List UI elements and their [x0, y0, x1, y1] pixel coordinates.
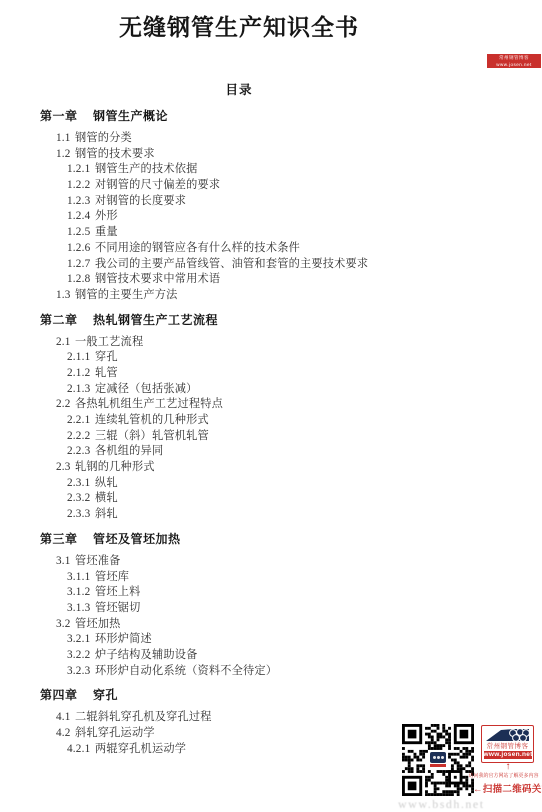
toc-item-label: 连续轧管机的几种形式: [95, 414, 209, 426]
blog-url: www.josen.net: [487, 62, 541, 69]
toc-item-number: 3.2: [56, 617, 75, 633]
toc-item: 1.2.3对钢管的长度要求: [0, 194, 542, 210]
toc-item-label: 外形: [95, 210, 118, 222]
toc-item: 2.2.1连续轧管机的几种形式: [0, 413, 542, 429]
table-of-contents: 第一章钢管生产概论1.1钢管的分类1.2钢管的技术要求1.2.1钢管生产的技术依…: [0, 100, 542, 757]
toc-item-number: 2.3.2: [67, 491, 95, 507]
toc-item-number: 第三章: [40, 531, 93, 548]
toc-item-number: 第一章: [40, 108, 93, 125]
toc-item: 2.1.2轧管: [0, 366, 542, 382]
toc-item-number: 1.2: [56, 147, 75, 163]
document-page: { "page": { "title": "无缝钢管生产知识全书", "toc_…: [0, 0, 542, 812]
toc-item-number: 2.1.1: [67, 350, 95, 366]
toc-item: 1.2.1钢管生产的技术依据: [0, 162, 542, 178]
toc-item-label: 管坯及管坯加热: [93, 532, 181, 546]
toc-item-label: 炉子结构及辅助设备: [95, 649, 198, 661]
toc-item-label: 对钢管的尺寸偏差的要求: [95, 179, 220, 191]
toc-item: 1.2钢管的技术要求: [0, 147, 542, 163]
toc-item-number: 2.3.1: [67, 476, 95, 492]
toc-chapter: 第二章热轧钢管生产工艺流程: [0, 312, 542, 329]
toc-heading: 目录: [0, 83, 478, 97]
blog-url: www.josen.net: [484, 751, 532, 759]
toc-item: 2.3轧钢的几种形式: [0, 460, 542, 476]
toc-item-number: 1.2.7: [67, 257, 95, 273]
toc-item-number: 3.2.2: [67, 648, 95, 664]
toc-item-label: 纵轧: [95, 477, 118, 489]
toc-item-label: 二辊斜轧穿孔机及穿孔过程: [75, 711, 212, 723]
toc-item-label: 管坯锯切: [95, 602, 141, 614]
blog-name: 常州钢管博客: [482, 743, 533, 750]
toc-item: 1.3钢管的主要生产方法: [0, 288, 542, 304]
toc-item-number: 2.2.2: [67, 429, 95, 445]
toc-item: 3.1.1管坯库: [0, 570, 542, 586]
toc-item-label: 轧钢的几种形式: [75, 461, 155, 473]
toc-item-number: 1.2.3: [67, 194, 95, 210]
pipes-logo-icon: [485, 727, 531, 743]
toc-item-number: 2.1.3: [67, 382, 95, 398]
page-title: 无缝钢管生产知识全书: [0, 12, 478, 42]
toc-item-label: 穿孔: [93, 688, 118, 702]
toc-item: 1.2.8钢管技术要求中常用术语: [0, 272, 542, 288]
toc-item: 1.2.4外形: [0, 209, 542, 225]
toc-item-label: 钢管生产概论: [93, 109, 168, 123]
toc-chapter: 第四章穿孔: [0, 687, 542, 704]
toc-chapter: 第一章钢管生产概论: [0, 108, 542, 125]
toc-item-number: 1.3: [56, 288, 75, 304]
toc-item-label: 各热轧机组生产工艺过程特点: [75, 398, 223, 410]
toc-item-number: 1.2.6: [67, 241, 95, 257]
qr-center-logo-icon: [428, 750, 448, 769]
toc-item: 3.2.2炉子结构及辅助设备: [0, 648, 542, 664]
toc-item: 2.3.2横轧: [0, 491, 542, 507]
toc-item-label: 斜轧穿孔运动学: [75, 727, 155, 739]
toc-item-label: 三辊（斜）轧管机轧管: [95, 430, 209, 442]
toc-item-label: 钢管生产的技术依据: [95, 163, 198, 175]
toc-item-number: 3.2.3: [67, 664, 95, 680]
toc-item-label: 管坯加热: [75, 618, 121, 630]
scan-qr-note: ←扫描二维码关注: [473, 784, 542, 797]
visit-website-note: 访问我的官方网站了解更多内容: [465, 773, 542, 780]
toc-item-label: 钢管的技术要求: [75, 148, 155, 160]
watermark: www.bsdh.net: [398, 797, 485, 812]
toc-item-number: 2.2.1: [67, 413, 95, 429]
toc-item: 2.3.1纵轧: [0, 476, 542, 492]
toc-item-number: 3.1.3: [67, 601, 95, 617]
toc-item-label: 一般工艺流程: [75, 336, 143, 348]
toc-item: 1.2.5重量: [0, 225, 542, 241]
toc-item-label: 各机组的异同: [95, 445, 163, 457]
toc-item-label: 管坯准备: [75, 555, 121, 567]
toc-item-label: 钢管的主要生产方法: [75, 289, 178, 301]
toc-item-number: 4.2.1: [67, 742, 95, 758]
toc-item: 2.1一般工艺流程: [0, 335, 542, 351]
toc-item-number: 4.1: [56, 710, 75, 726]
blog-stamp: 常州钢管博客 www.josen.net: [481, 725, 534, 763]
toc-chapter: 第三章管坯及管坯加热: [0, 531, 542, 548]
toc-item-number: 1.2.4: [67, 209, 95, 225]
toc-item-number: 3.1: [56, 554, 75, 570]
toc-item-number: 1.2.8: [67, 272, 95, 288]
toc-item-number: 3.1.2: [67, 585, 95, 601]
toc-item: 3.1.3管坯锯切: [0, 601, 542, 617]
toc-item-label: 穿孔: [95, 351, 118, 363]
toc-item-number: 1.2.1: [67, 162, 95, 178]
toc-item: 3.1管坯准备: [0, 554, 542, 570]
toc-item-number: 1.2.5: [67, 225, 95, 241]
toc-item: 3.2.3环形炉自动化系统（资料不全待定）: [0, 664, 542, 680]
toc-item: 2.3.3斜轧: [0, 507, 542, 523]
toc-item-number: 2.3.3: [67, 507, 95, 523]
toc-item-number: 1.1: [56, 131, 75, 147]
toc-item: 3.2管坯加热: [0, 617, 542, 633]
toc-item-number: 1.2.2: [67, 178, 95, 194]
toc-item-label: 热轧钢管生产工艺流程: [93, 313, 218, 327]
toc-item: 2.2各热轧机组生产工艺过程特点: [0, 397, 542, 413]
toc-item-label: 横轧: [95, 492, 118, 504]
toc-item: 3.1.2管坯上料: [0, 585, 542, 601]
toc-item: 2.1.3定减径（包括张减）: [0, 382, 542, 398]
blog-corner-badge: 常州钢管博客 www.josen.net: [487, 54, 541, 68]
toc-item-label: 我公司的主要产品管线管、油管和套管的主要技术要求: [95, 258, 368, 270]
toc-item: 2.2.2三辊（斜）轧管机轧管: [0, 429, 542, 445]
toc-item: 3.2.1环形炉简述: [0, 632, 542, 648]
toc-item-label: 环形炉自动化系统（资料不全待定）: [95, 665, 277, 677]
toc-item-number: 2.2.3: [67, 444, 95, 460]
toc-item-number: 3.2.1: [67, 632, 95, 648]
toc-item-label: 对钢管的长度要求: [95, 195, 186, 207]
toc-item-label: 斜轧: [95, 508, 118, 520]
toc-item-label: 钢管技术要求中常用术语: [95, 273, 220, 285]
toc-item: 1.1钢管的分类: [0, 131, 542, 147]
up-arrow-icon: ↑: [500, 761, 516, 772]
toc-item-label: 钢管的分类: [75, 132, 132, 144]
toc-item-label: 定减径（包括张减）: [95, 383, 198, 395]
toc-item: 1.2.7我公司的主要产品管线管、油管和套管的主要技术要求: [0, 257, 542, 273]
toc-item-number: 2.1: [56, 335, 75, 351]
toc-item-label: 管坯上料: [95, 586, 141, 598]
toc-item-number: 第二章: [40, 312, 93, 329]
toc-item-label: 两辊穿孔机运动学: [95, 743, 186, 755]
toc-item: 1.2.6不同用途的钢管应各有什么样的技术条件: [0, 241, 542, 257]
toc-item-number: 2.3: [56, 460, 75, 476]
toc-item: 1.2.2对钢管的尺寸偏差的要求: [0, 178, 542, 194]
toc-item-number: 3.1.1: [67, 570, 95, 586]
toc-item-number: 2.1.2: [67, 366, 95, 382]
toc-item-label: 管坯库: [95, 571, 129, 583]
toc-item-number: 4.2: [56, 726, 75, 742]
toc-item-number: 第四章: [40, 687, 93, 704]
toc-item-number: 2.2: [56, 397, 75, 413]
toc-item-label: 环形炉简述: [95, 633, 152, 645]
toc-item: 2.2.3各机组的异同: [0, 444, 542, 460]
toc-item-label: 重量: [95, 226, 118, 238]
toc-item-label: 轧管: [95, 367, 118, 379]
toc-item: 2.1.1穿孔: [0, 350, 542, 366]
toc-item-label: 不同用途的钢管应各有什么样的技术条件: [95, 242, 300, 254]
